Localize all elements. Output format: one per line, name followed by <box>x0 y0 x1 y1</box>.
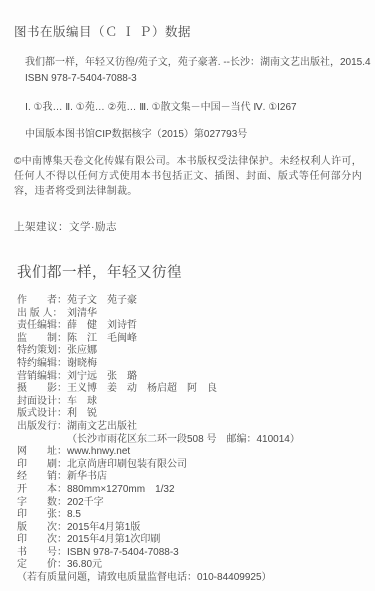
colophon-label: 网 址： <box>17 446 67 459</box>
colophon-label: 特约策划： <box>17 345 67 358</box>
colophon-row: 监 制：陈 江 毛闽峰 <box>17 333 362 346</box>
cip-classification: Ⅰ. ①我… Ⅱ. ①苑… ②苑… Ⅲ. ①散文集－中国－当代 Ⅳ. ①I267 <box>25 98 362 113</box>
colophon-value: 湖南文艺出版社 <box>67 421 137 434</box>
colophon-value: 202千字 <box>67 497 104 510</box>
colophon-row: 经 销：新华书店 <box>17 471 362 484</box>
quality-hotline-note: （若有质量问题，请致电质量监督电话：010-84409925） <box>17 572 362 585</box>
colophon-row: 营销编辑：刘宁远 张 璐 <box>17 371 362 384</box>
colophon-label: 字 数： <box>17 497 67 510</box>
shelving-advice: 上架建议：文学·励志 <box>14 219 362 234</box>
colophon-value: 8.5 <box>67 509 81 522</box>
colophon-value: 王义博 姜 动 杨启超 阿 良 <box>67 383 217 396</box>
colophon-label: 版式设计： <box>17 408 67 421</box>
colophon-label: 出版发行： <box>17 421 67 434</box>
colophon-row: 出 版 人：刘清华 <box>17 308 362 321</box>
copyright-page: 图书在版编目（Ｃ Ｉ Ｐ）数据 我们都一样，年轻又彷徨/苑子文，苑子豪著. --… <box>0 0 375 591</box>
colophon-label: 封面设计： <box>17 396 67 409</box>
colophon-label: 摄 影： <box>17 383 67 396</box>
colophon-label: 书 号： <box>17 547 67 560</box>
colophon-label: 出 版 人： <box>17 308 67 321</box>
cip-registration-number: 中国版本图书馆CIP数据核字（2015）第027793号 <box>25 125 362 140</box>
colophon-label: 责任编辑： <box>17 320 67 333</box>
colophon-label: 开 本： <box>17 484 67 497</box>
colophon-label: 特约编辑： <box>17 358 67 371</box>
cip-header: 图书在版编目（Ｃ Ｉ Ｐ）数据 <box>14 22 362 40</box>
colophon-label: 作 者： <box>17 295 67 308</box>
colophon-row: 版 次：2015年4月第1版 <box>17 522 362 535</box>
colophon-row: 版式设计：利 锐 <box>17 408 362 421</box>
colophon-value: 利 锐 <box>67 408 97 421</box>
colophon-label: 监 制： <box>17 333 67 346</box>
cip-record-isbn: ISBN 978-7-5404-7088-3 <box>25 71 362 87</box>
colophon-label: 营销编辑： <box>17 371 67 384</box>
colophon-value: 谢晓梅 <box>67 358 97 371</box>
colophon-value: 张应娜 <box>67 345 97 358</box>
colophon-label: 印 次： <box>17 534 67 547</box>
colophon-value: 薛 健 刘诗哲 <box>67 320 137 333</box>
colophon-list: 作 者：苑子文 苑子豪出 版 人：刘清华责任编辑：薛 健 刘诗哲监 制：陈 江 … <box>17 295 362 585</box>
colophon-label: 印 张： <box>17 509 67 522</box>
colophon-row: 作 者：苑子文 苑子豪 <box>17 295 362 308</box>
colophon-value: 2015年4月第1次印刷 <box>67 534 160 547</box>
colophon-row: 特约编辑：谢晓梅 <box>17 358 362 371</box>
colophon-row: 出版发行：湖南文艺出版社 <box>17 421 362 434</box>
colophon-row: 定 价：36.80元 <box>17 559 362 572</box>
colophon-value: 刘宁远 张 璐 <box>67 371 137 384</box>
colophon-label: 印 刷： <box>17 459 67 472</box>
colophon-row: 印 次：2015年4月第1次印刷 <box>17 534 362 547</box>
colophon-row: 印 张：8.5 <box>17 509 362 522</box>
colophon-label: 定 价： <box>17 559 67 572</box>
colophon-value: 苑子文 苑子豪 <box>67 295 137 308</box>
publisher-address-note: （长沙市雨花区东二环一段508 号 邮编：410014） <box>67 434 362 447</box>
colophon-value: 880mm×1270mm 1/32 <box>67 484 175 497</box>
colophon-row: 网 址：www.hnwy.net <box>17 446 362 459</box>
colophon-value: 刘清华 <box>67 308 97 321</box>
colophon-value: ISBN 978-7-5404-7088-3 <box>67 547 179 560</box>
colophon-value: 陈 江 毛闽峰 <box>67 333 137 346</box>
colophon-value: www.hnwy.net <box>67 446 130 459</box>
colophon-row: 字 数：202千字 <box>17 497 362 510</box>
colophon-value: 北京尚唐印刷包装有限公司 <box>67 459 187 472</box>
colophon-label: 经 销： <box>17 471 67 484</box>
cip-record: 我们都一样，年轻又彷徨/苑子文，苑子豪著. --长沙：湖南文艺出版社，2015.… <box>25 55 362 87</box>
colophon-value: 2015年4月第1版 <box>67 522 140 535</box>
colophon-row: 开 本：880mm×1270mm 1/32 <box>17 484 362 497</box>
book-title: 我们都一样，年轻又彷徨 <box>17 261 362 282</box>
colophon-row: 摄 影：王义博 姜 动 杨启超 阿 良 <box>17 383 362 396</box>
colophon-row: 书 号：ISBN 978-7-5404-7088-3 <box>17 547 362 560</box>
colophon-row: 特约策划：张应娜 <box>17 345 362 358</box>
colophon-row: 印 刷：北京尚唐印刷包装有限公司 <box>17 459 362 472</box>
cip-record-line1: 我们都一样，年轻又彷徨/苑子文，苑子豪著. --长沙：湖南文艺出版社，2015.… <box>25 55 362 71</box>
colophon-value: 车 球 <box>67 396 97 409</box>
colophon-label: 版 次： <box>17 522 67 535</box>
colophon-value: 新华书店 <box>67 471 107 484</box>
colophon-value: 36.80元 <box>67 559 102 572</box>
colophon-row: 封面设计：车 球 <box>17 396 362 409</box>
copyright-notice: ©中南博集天卷文化传媒有限公司。本书版权受法律保护。未经权利人许可，任何人不得以… <box>14 154 362 199</box>
colophon-row: 责任编辑：薛 健 刘诗哲 <box>17 320 362 333</box>
